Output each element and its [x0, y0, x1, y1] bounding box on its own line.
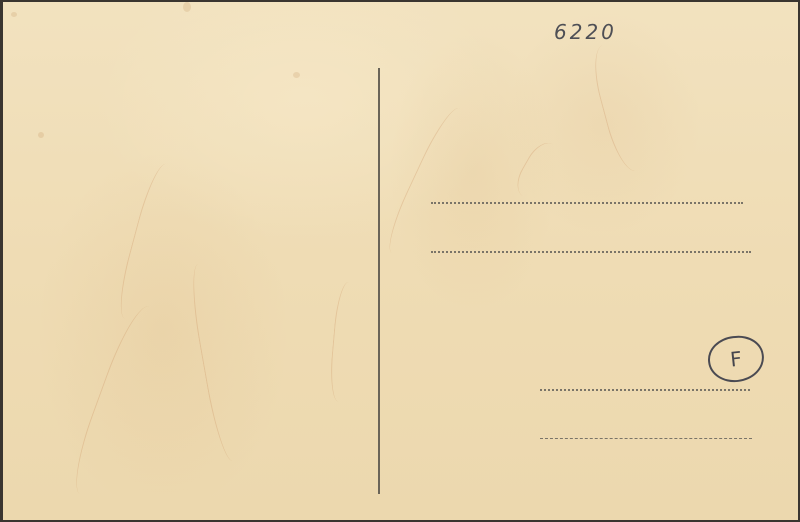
address-line-3 [540, 389, 750, 391]
postcard-back: 6220 F [3, 2, 798, 520]
water-streak [65, 301, 172, 503]
stain [293, 72, 300, 78]
address-line-1 [431, 202, 743, 204]
center-divider-line [378, 68, 380, 494]
handwritten-number: 6220 [554, 20, 617, 44]
stain [11, 12, 17, 17]
water-streak [328, 281, 364, 403]
water-streak [186, 261, 251, 463]
water-streak [113, 161, 184, 324]
address-line-2 [431, 251, 751, 253]
stain [38, 132, 44, 138]
water-streak [510, 137, 571, 207]
circled-letter-mark: F [706, 333, 767, 385]
water-streak [587, 39, 660, 175]
water-streak [381, 103, 477, 261]
stain [183, 2, 191, 12]
circled-letter: F [729, 346, 743, 371]
address-line-4 [540, 438, 752, 439]
